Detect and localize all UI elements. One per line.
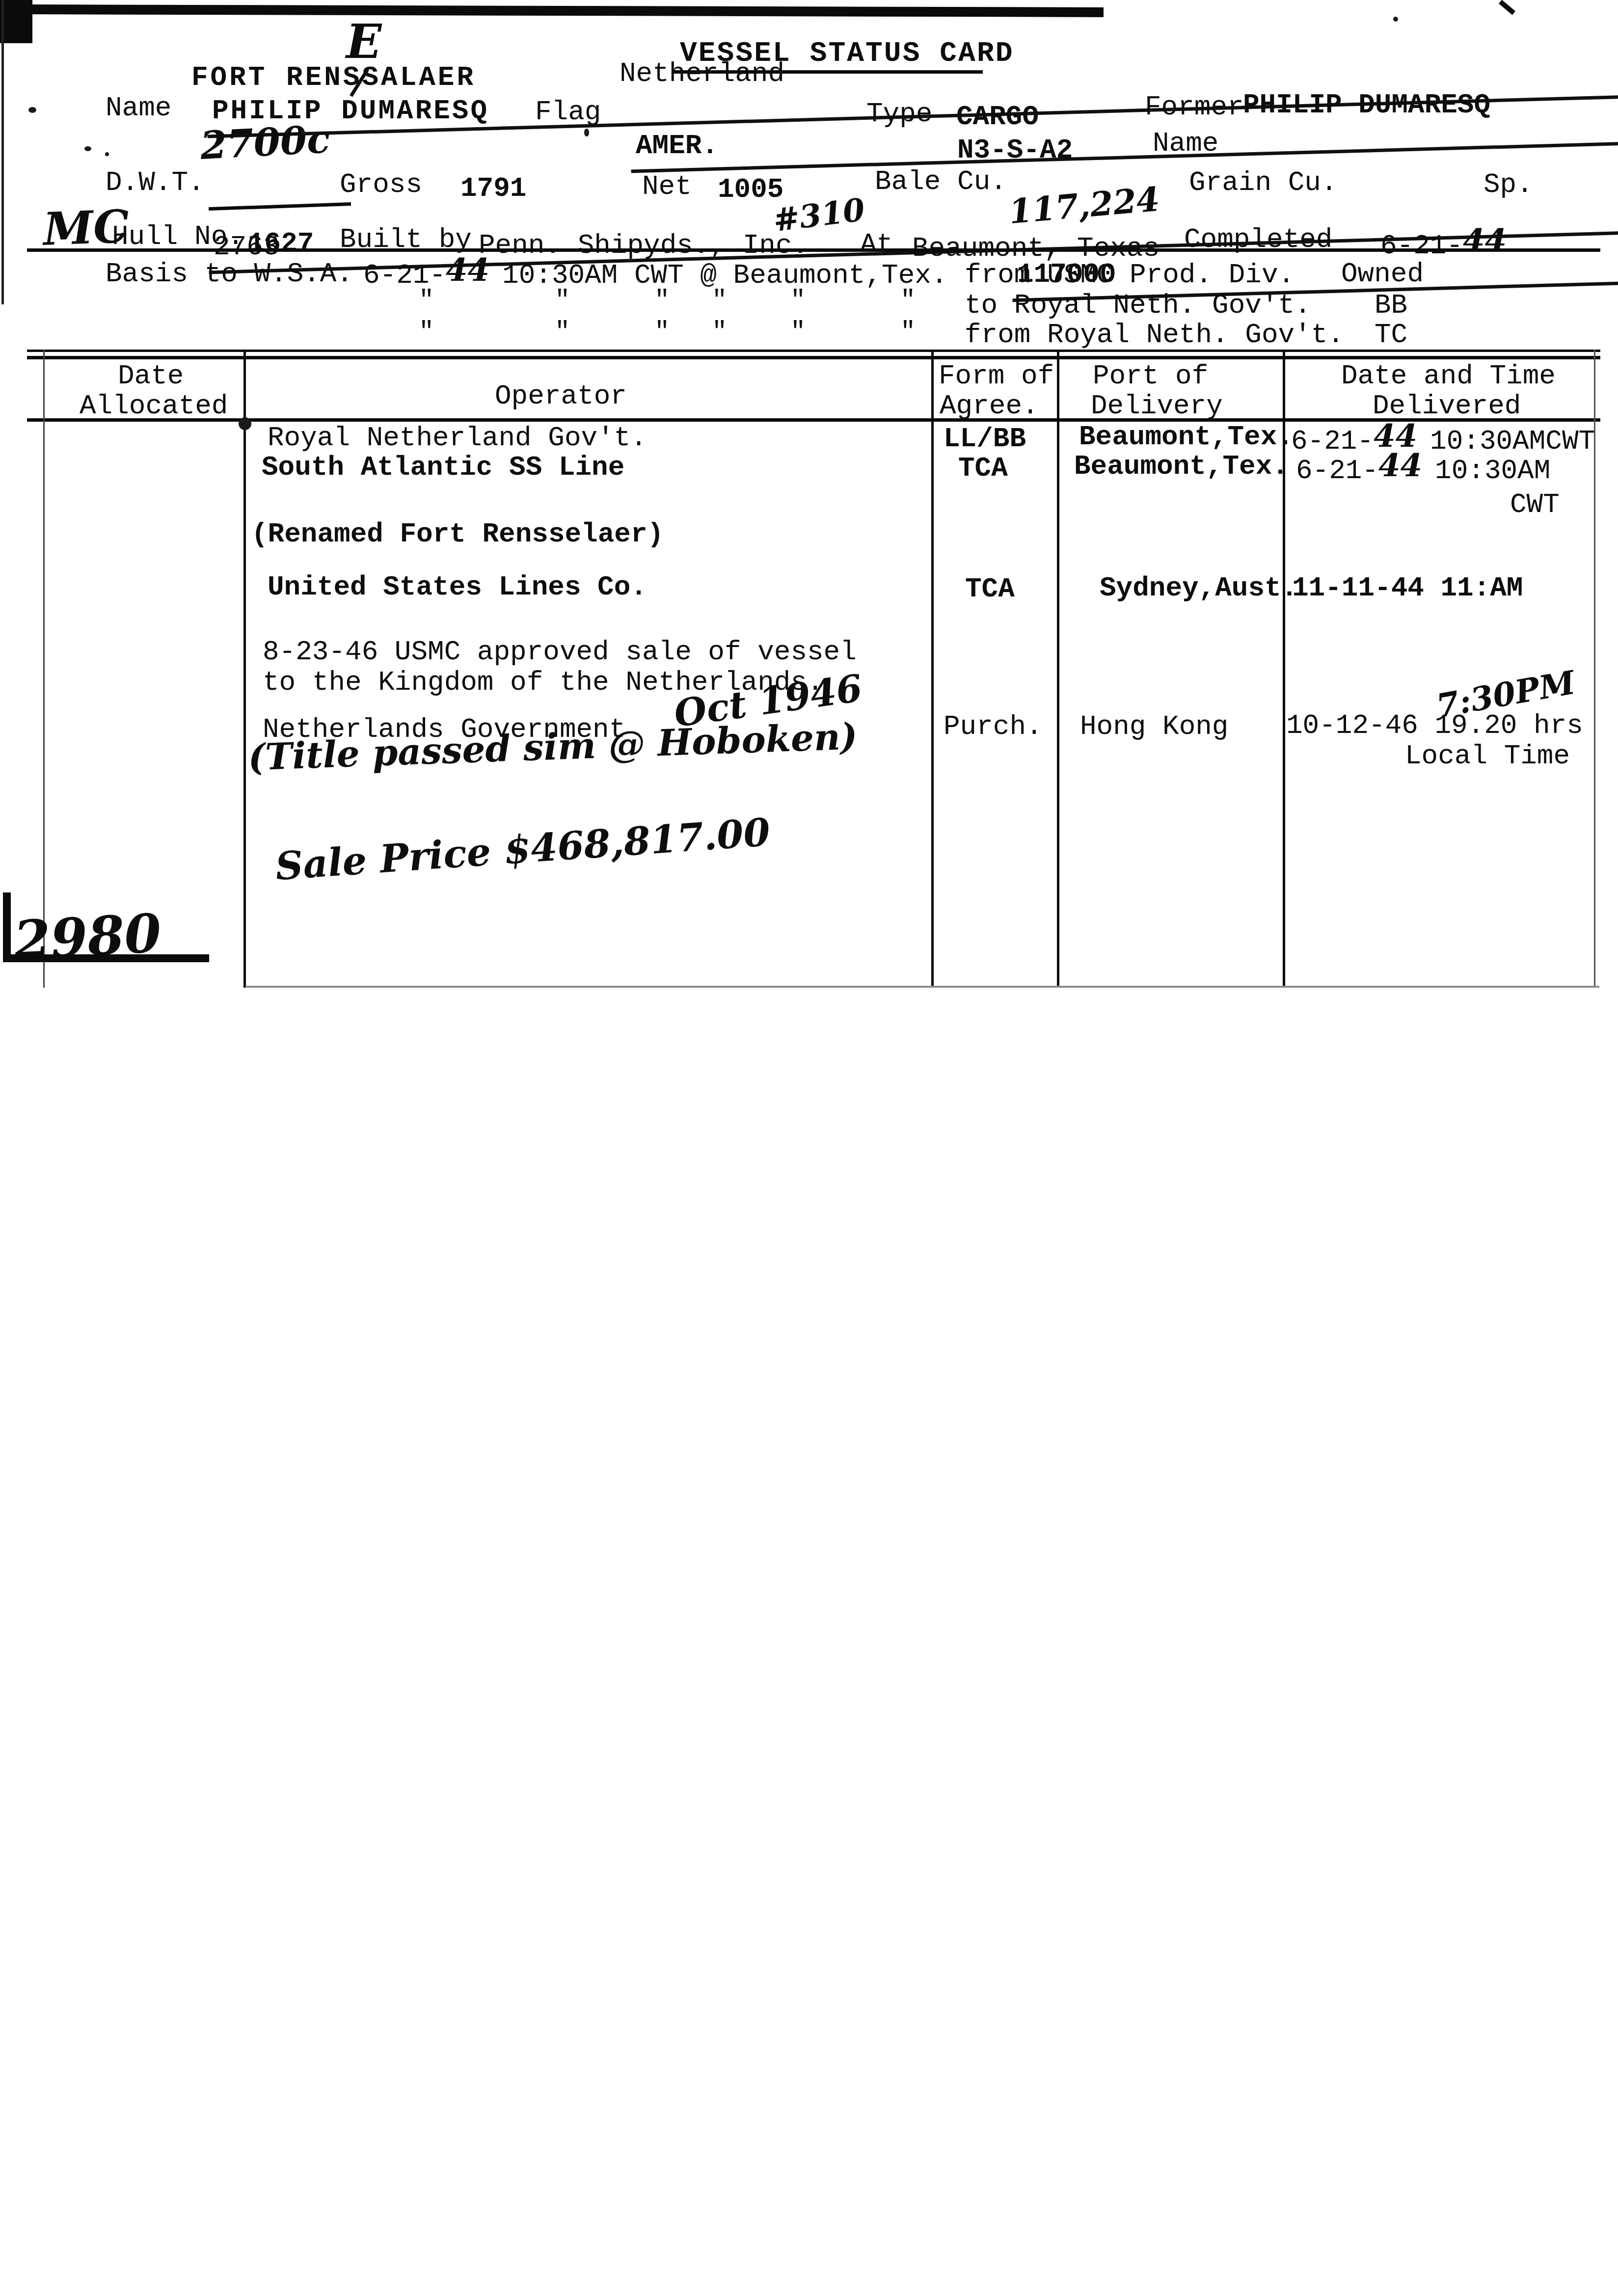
scan-speck [584,129,589,136]
name-label: Name [106,93,171,124]
header-date-allocated-line2: Allocated [80,391,228,422]
ditto-mark: " [555,318,570,346]
row1-renamed-note: (Renamed Fort Rensselaer) [251,519,664,550]
row1-delivered-line3: CWT [1510,490,1560,520]
stamp-corner-vertical [3,892,11,961]
ditto-mark: " [790,318,806,346]
table-top-rule-1 [27,350,1600,352]
row3-delivered-line1: 10-12-46 19.20 hrs [1286,711,1583,741]
vessel-new-name: FORT RENSSALAER [191,63,476,93]
design-type: N3-S-A2 [957,135,1073,166]
grain-cu-label: Grain Cu. [1189,168,1337,198]
basis-to-line2: to Royal Neth. Gov't. [965,291,1311,321]
table-divider-form [931,350,934,988]
former-name-label: Name [1153,129,1218,159]
row2-note-line1: 8-23-46 USMC approved sale of vessel [263,637,857,668]
flag-new-value: Netherland [620,59,784,89]
row1-operator-line2: South Atlantic SS Line [262,453,624,483]
scan-top-edge-mark [24,4,1104,17]
hull-no-label: Hull No. [112,222,244,252]
handwritten-completed-year: 44 [1463,224,1507,258]
row3-delivered-line2: Local Time [1405,741,1570,772]
basis-detail: 6-21-4410:30AM CWT @ Beaumont,Tex. [363,255,947,291]
basis-tc: TC [1375,320,1407,351]
dwt-fill-line [209,202,351,211]
table-left-border [43,350,45,988]
net-value: 1005 [718,175,783,205]
row2-port: Sydney,Aust. [1100,573,1297,604]
ditto-mark: " [654,318,670,346]
ditto-mark: " [419,287,434,315]
basis-from-line1: from USMC Prod. Div. [965,260,1294,291]
type-label: Type [866,99,932,130]
header-form-line1: Form of [939,361,1054,392]
flag-label: Flag [535,97,601,128]
header-delivered-line1: Date and Time [1341,361,1556,392]
handwritten-yard-number: #310 [771,193,866,239]
row1-port-line1: Beaumont,Tex. [1079,422,1294,453]
hull-no-value: 1627 [248,229,314,259]
hull-row-rule [27,248,1600,252]
scan-speck [28,107,36,113]
row1-del2-date-typed: 6-21- [1296,455,1378,486]
row3-agree: Purch. [944,712,1043,742]
table-divider-date [243,350,246,988]
ditto-mark: " [900,287,916,315]
row1-operator-line1: Royal Netherland Gov't. [268,423,647,454]
completed-date: 6-21-44 [1380,226,1507,262]
handwritten-basis-year: 44 [446,253,489,288]
gross-value: 1791 [460,174,526,204]
row2-agree: TCA [965,574,1015,605]
ditto-mark: " [654,287,670,315]
ditto-mark: " [790,287,806,315]
scan-speck [84,146,91,151]
header-port-line2: Delivery [1091,391,1223,422]
header-date-allocated-line1: Date [118,361,184,392]
row1-delivered-line2: 6-21-4410:30AM [1296,451,1550,486]
row1-del2-time: 10:30AM [1435,455,1550,486]
scan-tick-mark [1499,0,1515,15]
ditto-mark: " [712,287,727,315]
ditto-mark: " [712,318,727,346]
ditto-mark: " [419,318,434,346]
scan-speck [1393,17,1398,22]
completed-date-typed: 6-21- [1380,230,1463,262]
basis-owned: Owned [1341,259,1424,290]
scan-speck [105,152,109,156]
ditto-mark: " [555,287,570,315]
scan-corner-blob [0,0,32,43]
ditto-mark: " [900,318,916,346]
basis-from-line3: from Royal Neth. Gov't. [965,320,1344,351]
dwt-label: D.W.T. [106,168,205,198]
type-value: CARGO [956,102,1039,133]
row1-agree-line1: LL/BB [944,424,1026,455]
handwritten-bale-value: 117,224 [1007,181,1161,231]
table-top-rule-2 [27,356,1600,359]
row3-port: Hong Kong [1080,712,1228,742]
handwritten-inserted-letter: E [346,17,381,68]
handwritten-row1-del2-year: 44 [1378,449,1422,483]
header-port-line1: Port of [1093,361,1208,392]
header-operator: Operator [495,381,627,412]
header-form-line2: Agree. [940,391,1039,422]
scanned-vessel-status-card: VESSEL STATUS CARD FORT RENSSALAER E Net… [0,0,1618,2296]
table-bottom-rule [245,986,1599,988]
row1-agree-line2: TCA [958,454,1008,484]
handwritten-sale-price: Sale Price $468,817.00 [274,811,771,888]
basis-bb: BB [1375,291,1407,321]
former-name-value: PHILIP DUMARESQ [1243,90,1490,121]
handwritten-dwt-value: 2700c [199,118,331,167]
sp-label: Sp. [1483,170,1533,200]
stamp-corner-horizontal [3,954,209,962]
net-label: Net [642,172,692,202]
former-label: Former [1145,92,1244,123]
table-divider-port [1057,350,1059,988]
row2-delivered: 11-11-44 11:AM [1292,573,1523,604]
ink-blob [239,417,251,430]
header-delivered-line2: Delivered [1373,391,1521,422]
flag-old-value: AMER. [636,131,1618,162]
basis-label: Basis to W.S.A. [106,259,353,290]
bale-cu-label: Bale Cu. [875,167,1007,197]
gross-label: Gross [340,170,422,200]
scan-left-edge-line [1,0,4,304]
row2-operator: United States Lines Co. [268,572,647,603]
row1-port-line2: Beaumont,Tex. [1074,452,1289,482]
